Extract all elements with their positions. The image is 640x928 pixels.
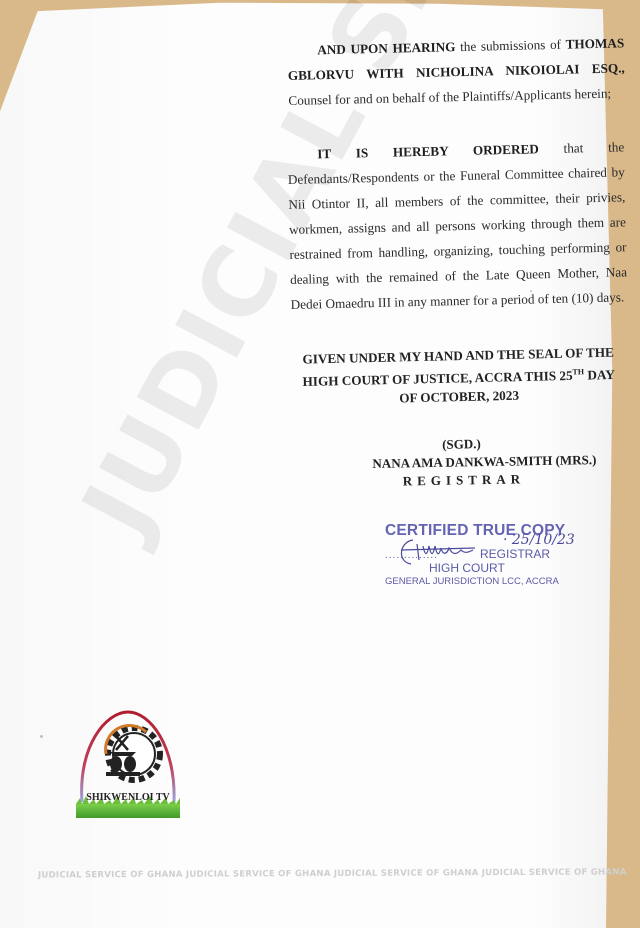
paragraph-order: IT IS HEREBY ORDERED that the Defendants… (287, 134, 628, 317)
order-lead: IT IS HEREBY ORDERED (317, 141, 539, 161)
signature-block: (SGD.) NANA AMA DANKWA-SMITH (MRS.) REGI… (372, 432, 640, 491)
hearing-text-2: Counsel for and on behalf of the Plainti… (288, 86, 611, 108)
stamp-registrar: REGISTRAR (480, 547, 550, 561)
stamp-jurisdiction: GENERAL JURISDICTION LCC, ACCRA (385, 576, 585, 587)
stamp-dots: .............. (385, 550, 438, 561)
shikwenloi-tv-logo: SHIKWENLOI TV (76, 706, 180, 818)
certified-copy-stamp: CERTIFIED TRUE COPY .............. · 25/… (385, 522, 585, 587)
handwritten-date: · 25/10/23 (503, 532, 575, 548)
given-under-hand: GIVEN UNDER MY HAND AND THE SEAL OF THE … (286, 342, 631, 410)
paper-speck (530, 290, 532, 292)
stamp-signature-line: .............. · 25/10/23 REGISTRAR (385, 540, 585, 562)
order-text: that the Defendants/Respondents or the F… (288, 139, 628, 312)
paper-speck (40, 735, 43, 738)
hearing-lead: AND UPON HEARING (317, 39, 456, 57)
logo-label: SHIKWENLOI TV (76, 792, 180, 803)
hearing-text: the submissions of (455, 37, 565, 54)
paragraph-hearing: AND UPON HEARING the submissions of THOM… (287, 30, 626, 113)
